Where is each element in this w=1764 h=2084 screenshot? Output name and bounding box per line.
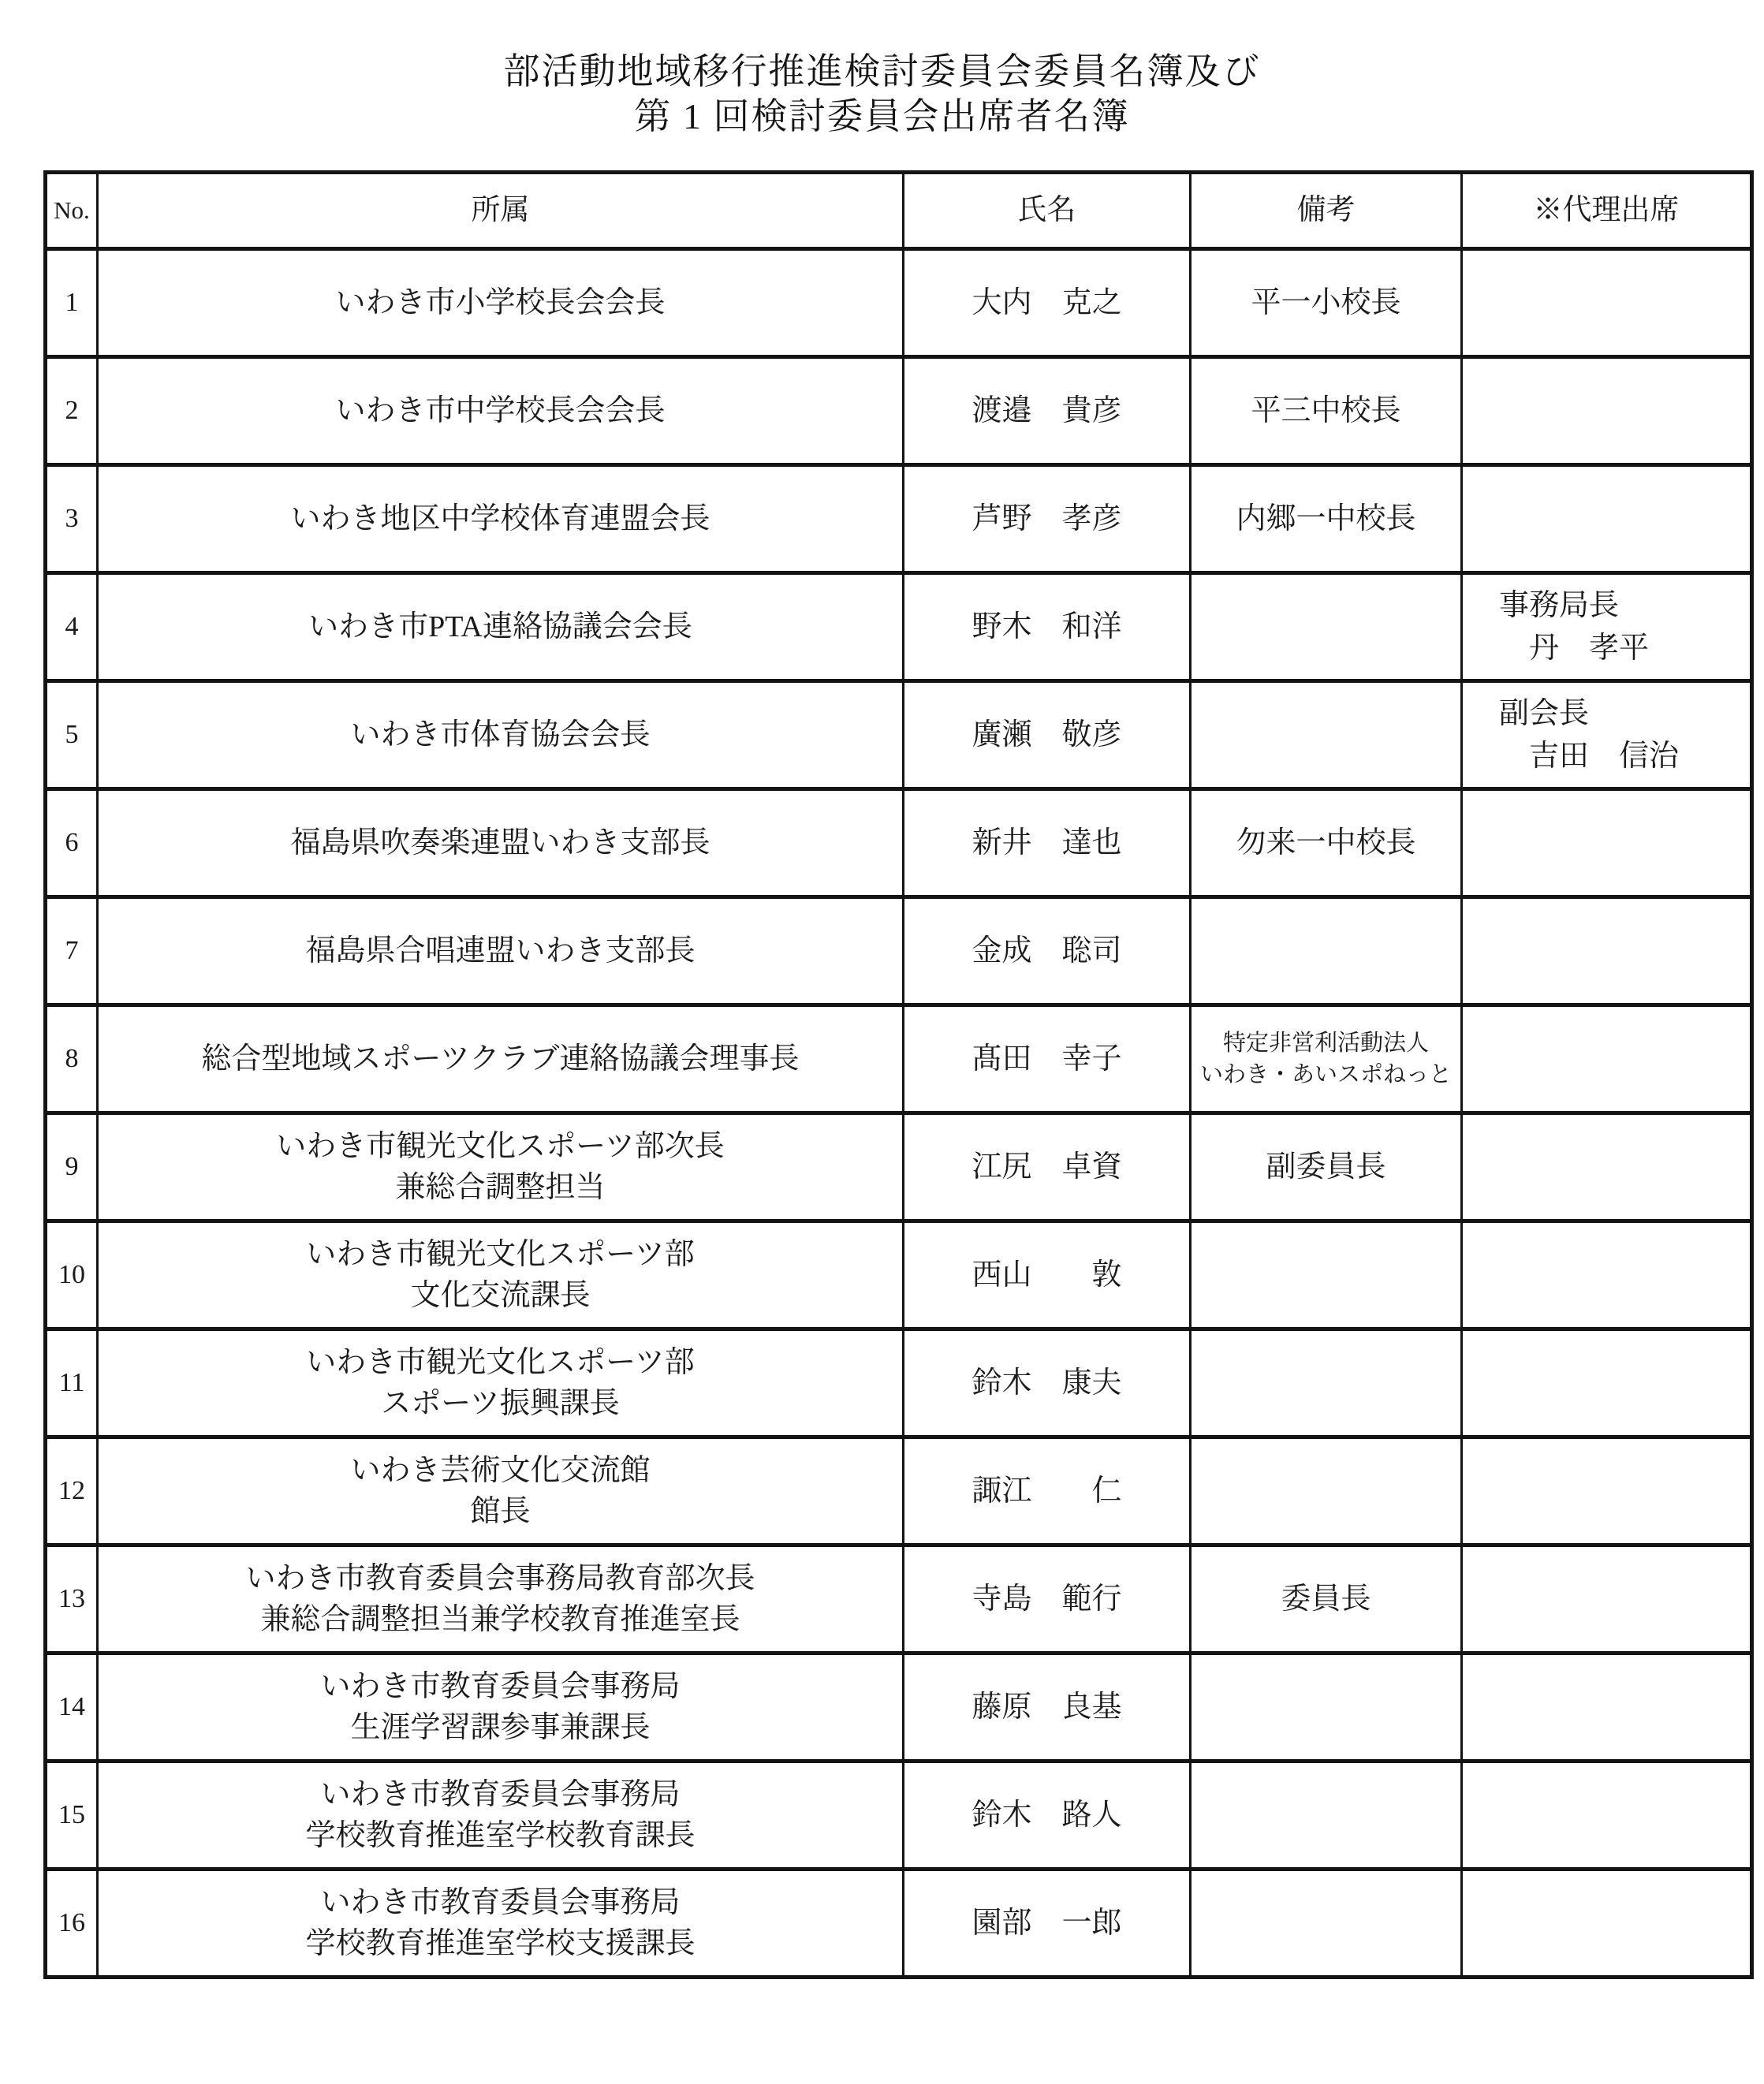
affiliation-cell: いわき市観光文化スポーツ部次長 兼総合調整担当 [98,1113,904,1221]
remarks-cell [1191,1870,1462,1978]
table-row: 6 福島県吹奏楽連盟いわき支部長 新井 達也 勿来一中校長 [46,789,1752,897]
remarks-cell: 副委員長 [1191,1113,1462,1221]
proxy-cell [1462,1545,1752,1653]
affiliation-cell: いわき市観光文化スポーツ部 文化交流課長 [98,1221,904,1329]
remarks-cell [1191,1329,1462,1437]
remarks-cell [1191,1437,1462,1545]
name-cell: 廣瀬 敬彦 [904,681,1191,789]
name-cell: 鈴木 路人 [904,1762,1191,1870]
header-no: No. [46,173,98,249]
affiliation-cell: いわき市教育委員会事務局教育部次長 兼総合調整担当兼学校教育推進室長 [98,1545,904,1653]
remarks-cell: 勿来一中校長 [1191,789,1462,897]
proxy-cell [1462,897,1752,1005]
proxy-cell [1462,1653,1752,1762]
remarks-cell: 委員長 [1191,1545,1462,1653]
name-cell: 諏江 仁 [904,1437,1191,1545]
remarks-cell [1191,897,1462,1005]
name-cell: 髙田 幸子 [904,1005,1191,1113]
table-header-row: No. 所属 氏名 備考 ※代理出席 [46,173,1752,249]
name-cell: 渡邉 貴彦 [904,357,1191,465]
proxy-cell [1462,1870,1752,1978]
table-row: 12 いわき芸術文化交流館 館長 諏江 仁 [46,1437,1752,1545]
table-row: 14 いわき市教育委員会事務局 生涯学習課参事兼課長 藤原 良基 [46,1653,1752,1762]
affiliation-cell: いわき市中学校長会会長 [98,357,904,465]
remarks-cell [1191,1653,1462,1762]
name-cell: 野木 和洋 [904,573,1191,681]
header-proxy: ※代理出席 [1462,173,1752,249]
name-cell: 西山 敦 [904,1221,1191,1329]
proxy-cell [1462,1762,1752,1870]
name-cell: 園部 一郎 [904,1870,1191,1978]
proxy-cell [1462,1005,1752,1113]
header-affiliation: 所属 [98,173,904,249]
committee-roster-table: No. 所属 氏名 備考 ※代理出席 1 いわき市小学校長会会長 大内 克之 平… [43,170,1754,1979]
name-cell: 芦野 孝彦 [904,465,1191,573]
affiliation-cell: いわき市教育委員会事務局 学校教育推進室学校支援課長 [98,1870,904,1978]
no-cell: 4 [46,573,98,681]
no-cell: 1 [46,249,98,357]
name-cell: 新井 達也 [904,789,1191,897]
remarks-cell [1191,1762,1462,1870]
remarks-cell [1191,573,1462,681]
header-name: 氏名 [904,173,1191,249]
table-row: 15 いわき市教育委員会事務局 学校教育推進室学校教育課長 鈴木 路人 [46,1762,1752,1870]
proxy-cell [1462,357,1752,465]
table-row: 11 いわき市観光文化スポーツ部 スポーツ振興課長 鈴木 康夫 [46,1329,1752,1437]
proxy-cell: 副会長 吉田 信治 [1462,681,1752,789]
name-cell: 藤原 良基 [904,1653,1191,1762]
page-title-line2: 第 1 回検討委員会出席者名簿 [0,94,1764,139]
no-cell: 6 [46,789,98,897]
affiliation-cell: いわき市観光文化スポーツ部 スポーツ振興課長 [98,1329,904,1437]
no-cell: 14 [46,1653,98,1762]
table-row: 10 いわき市観光文化スポーツ部 文化交流課長 西山 敦 [46,1221,1752,1329]
affiliation-cell: いわき地区中学校体育連盟会長 [98,465,904,573]
affiliation-cell: 福島県吹奏楽連盟いわき支部長 [98,789,904,897]
table-row: 3 いわき地区中学校体育連盟会長 芦野 孝彦 内郷一中校長 [46,465,1752,573]
proxy-cell [1462,789,1752,897]
proxy-cell [1462,249,1752,357]
table-row: 7 福島県合唱連盟いわき支部長 金成 聡司 [46,897,1752,1005]
no-cell: 15 [46,1762,98,1870]
name-cell: 金成 聡司 [904,897,1191,1005]
proxy-cell [1462,465,1752,573]
name-cell: 江尻 卓資 [904,1113,1191,1221]
affiliation-cell: 総合型地域スポーツクラブ連絡協議会理事長 [98,1005,904,1113]
affiliation-cell: 福島県合唱連盟いわき支部長 [98,897,904,1005]
name-cell: 寺島 範行 [904,1545,1191,1653]
proxy-cell [1462,1221,1752,1329]
affiliation-cell: いわき市教育委員会事務局 学校教育推進室学校教育課長 [98,1762,904,1870]
remarks-cell [1191,1221,1462,1329]
no-cell: 12 [46,1437,98,1545]
document-page: 部活動地域移行推進検討委員会委員名簿及び 第 1 回検討委員会出席者名簿 No.… [0,0,1764,2084]
no-cell: 9 [46,1113,98,1221]
affiliation-cell: いわき市体育協会会長 [98,681,904,789]
no-cell: 16 [46,1870,98,1978]
no-cell: 8 [46,1005,98,1113]
page-title-line1: 部活動地域移行推進検討委員会委員名簿及び [0,49,1764,94]
proxy-cell [1462,1113,1752,1221]
table-row: 16 いわき市教育委員会事務局 学校教育推進室学校支援課長 園部 一郎 [46,1870,1752,1978]
no-cell: 13 [46,1545,98,1653]
table-row: 13 いわき市教育委員会事務局教育部次長 兼総合調整担当兼学校教育推進室長 寺島… [46,1545,1752,1653]
remarks-cell: 内郷一中校長 [1191,465,1462,573]
proxy-cell [1462,1437,1752,1545]
table-row: 5 いわき市体育協会会長 廣瀬 敬彦 副会長 吉田 信治 [46,681,1752,789]
remarks-cell: 平一小校長 [1191,249,1462,357]
no-cell: 2 [46,357,98,465]
table-row: 1 いわき市小学校長会会長 大内 克之 平一小校長 [46,249,1752,357]
page-title: 部活動地域移行推進検討委員会委員名簿及び 第 1 回検討委員会出席者名簿 [0,49,1764,139]
no-cell: 10 [46,1221,98,1329]
no-cell: 5 [46,681,98,789]
proxy-cell [1462,1329,1752,1437]
name-cell: 大内 克之 [904,249,1191,357]
proxy-cell: 事務局長 丹 孝平 [1462,573,1752,681]
table-row: 4 いわき市PTA連絡協議会会長 野木 和洋 事務局長 丹 孝平 [46,573,1752,681]
affiliation-cell: いわき市小学校長会会長 [98,249,904,357]
remarks-cell [1191,681,1462,789]
no-cell: 11 [46,1329,98,1437]
remarks-cell: 特定非営利活動法人 いわき・あいスポねっと [1191,1005,1462,1113]
affiliation-cell: いわき芸術文化交流館 館長 [98,1437,904,1545]
table-row: 8 総合型地域スポーツクラブ連絡協議会理事長 髙田 幸子 特定非営利活動法人 い… [46,1005,1752,1113]
table-row: 9 いわき市観光文化スポーツ部次長 兼総合調整担当 江尻 卓資 副委員長 [46,1113,1752,1221]
name-cell: 鈴木 康夫 [904,1329,1191,1437]
header-remarks: 備考 [1191,173,1462,249]
no-cell: 7 [46,897,98,1005]
table-row: 2 いわき市中学校長会会長 渡邉 貴彦 平三中校長 [46,357,1752,465]
no-cell: 3 [46,465,98,573]
affiliation-cell: いわき市PTA連絡協議会会長 [98,573,904,681]
remarks-cell: 平三中校長 [1191,357,1462,465]
affiliation-cell: いわき市教育委員会事務局 生涯学習課参事兼課長 [98,1653,904,1762]
